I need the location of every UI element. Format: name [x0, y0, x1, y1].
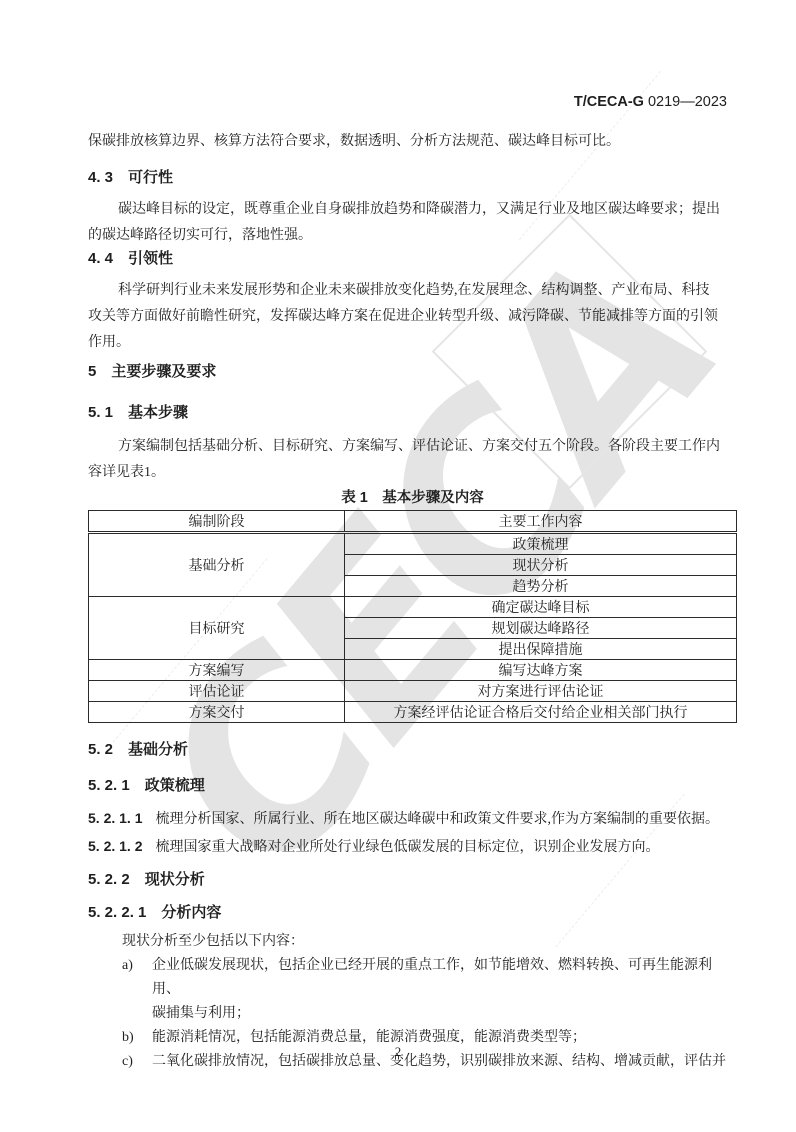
table-cell-work: 提出保障措施	[344, 639, 736, 660]
list-item-line: 碳捕集与利用；	[152, 1002, 737, 1026]
list-intro: 现状分析至少包括以下内容：	[88, 930, 737, 954]
table-basic-steps: 编制阶段 主要工作内容 基础分析 政策梳理 现状分析 趋势分析 目标研究 确定碳…	[88, 510, 737, 723]
table-cell-work: 对方案进行评估论证	[344, 681, 736, 702]
paragraph-line: 容详见表1。	[88, 460, 737, 486]
list-item-line: 企业低碳发展现状，包括企业已经开展的重点工作，如节能增效、燃料转换、可再生能源利…	[152, 954, 737, 1002]
table-header-row: 编制阶段 主要工作内容	[89, 511, 737, 533]
table-row: 方案交付 方案经评估论证合格后交付给企业相关部门执行	[89, 702, 737, 723]
paragraph-line: 攻关等方面做好前瞻性研究，发挥碳达峰方案在促进企业转型升级、减污降碳、节能减排等…	[88, 304, 737, 330]
table-caption: 表 1 基本步骤及内容	[88, 488, 737, 508]
table-cell-stage: 方案交付	[89, 702, 345, 723]
clause-number: 5. 2. 1. 1	[88, 810, 142, 826]
table-cell-work: 政策梳理	[344, 533, 736, 555]
table-cell-work: 趋势分析	[344, 576, 736, 597]
paragraph-4-3: 碳达峰目标的设定，既尊重企业自身碳排放趋势和降碳潜力，又满足行业及地区碳达峰要求…	[88, 197, 737, 249]
heading-5-2-1: 5. 2. 1 政策梳理	[88, 776, 737, 796]
table-row: 目标研究 确定碳达峰目标	[89, 597, 737, 618]
table-cell-stage: 目标研究	[89, 597, 345, 660]
clause-text: 梳理分析国家、所属行业、所在地区碳达峰碳中和政策文件要求,作为方案编制的重要依据…	[155, 812, 719, 827]
table-header-cell-stage: 编制阶段	[89, 511, 345, 533]
table-cell-work: 规划碳达峰路径	[344, 618, 736, 639]
table-cell-work: 编写达峰方案	[344, 660, 736, 681]
clause-number: 5. 2. 1. 2	[88, 838, 142, 854]
heading-4-3: 4. 3 可行性	[88, 168, 737, 188]
document-page: CECA T/CECA-G 0219—2023 保碳排放核算边界、核算方法符合要…	[0, 0, 796, 1132]
page-number: 2	[0, 1044, 796, 1060]
paragraph-line: 科学研判行业未来发展形势和企业未来碳排放变化趋势,在发展理念、结构调整、产业布局…	[88, 278, 737, 304]
paragraph-line: 碳达峰目标的设定，既尊重企业自身碳排放趋势和降碳潜力，又满足行业及地区碳达峰要求…	[88, 197, 737, 223]
table-cell-stage: 方案编写	[89, 660, 345, 681]
clause-5-2-1-2: 5. 2. 1. 2梳理国家重大战略对企业所处行业绿色低碳发展的目标定位，识别企…	[88, 833, 737, 861]
table-cell-work: 现状分析	[344, 555, 736, 576]
paragraph-line: 方案编制包括基础分析、目标研究、方案编写、评估论证、方案交付五个阶段。各阶段主要…	[88, 434, 737, 460]
clause-text: 梳理国家重大战略对企业所处行业绿色低碳发展的目标定位，识别企业发展方向。	[155, 840, 659, 855]
table-row: 方案编写 编写达峰方案	[89, 660, 737, 681]
table-cell-work: 方案经评估论证合格后交付给企业相关部门执行	[344, 702, 736, 723]
heading-5: 5 主要步骤及要求	[88, 362, 737, 382]
table-cell-stage: 评估论证	[89, 681, 345, 702]
list-item-a: a) 企业低碳发展现状，包括企业已经开展的重点工作，如节能增效、燃料转换、可再生…	[88, 954, 737, 1026]
table-row: 基础分析 政策梳理	[89, 533, 737, 555]
paragraph-5-1: 方案编制包括基础分析、目标研究、方案编写、评估论证、方案交付五个阶段。各阶段主要…	[88, 434, 737, 486]
paragraph-4-4: 科学研判行业未来发展形势和企业未来碳排放变化趋势,在发展理念、结构调整、产业布局…	[88, 278, 737, 356]
paragraph-line: 的碳达峰路径切实可行，落地性强。	[88, 223, 737, 249]
lead-paragraph-line: 保碳排放核算边界、核算方法符合要求，数据透明、分析方法规范、碳达峰目标可比。	[88, 129, 737, 155]
clause-5-2-1-1: 5. 2. 1. 1梳理分析国家、所属行业、所在地区碳达峰碳中和政策文件要求,作…	[88, 805, 737, 833]
heading-5-2-2-1: 5. 2. 2. 1 分析内容	[88, 903, 737, 923]
paragraph-line: 作用。	[88, 330, 737, 356]
heading-5-2: 5. 2 基础分析	[88, 740, 737, 760]
page-content: 保碳排放核算边界、核算方法符合要求，数据透明、分析方法规范、碳达峰目标可比。 4…	[0, 0, 796, 1074]
heading-4-4: 4. 4 引领性	[88, 249, 737, 269]
heading-5-1: 5. 1 基本步骤	[88, 403, 737, 423]
table-cell-work: 确定碳达峰目标	[344, 597, 736, 618]
table-cell-stage: 基础分析	[89, 533, 345, 597]
list-marker: a)	[122, 954, 133, 978]
heading-5-2-2: 5. 2. 2 现状分析	[88, 870, 737, 890]
table-row: 评估论证 对方案进行评估论证	[89, 681, 737, 702]
table-header-cell-work: 主要工作内容	[344, 511, 736, 533]
